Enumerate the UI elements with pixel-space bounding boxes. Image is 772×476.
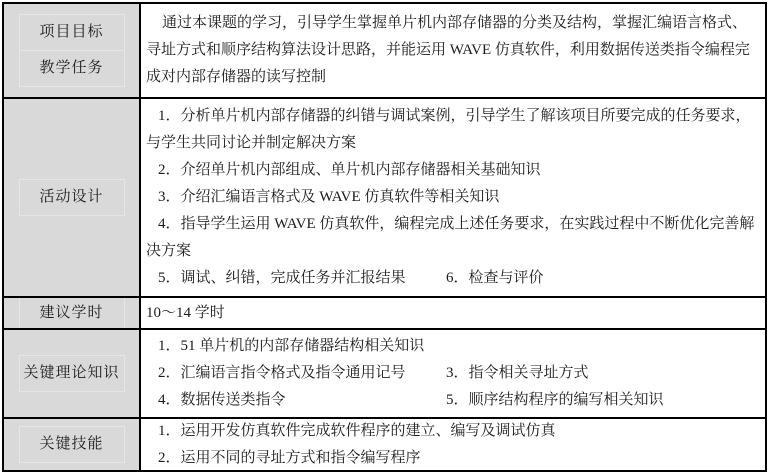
row-label: 关键技能	[19, 426, 125, 463]
content-paragraph: 1．分析单片机内部存储器的纠错与调试案例，引导学生了解该项目所要完成的任务要求，…	[146, 103, 757, 157]
row-content-cell: 1．51 单片机的内部存储器结构相关知识2．汇编语言指令格式及指令通用记号3．指…	[141, 330, 765, 417]
content-paragraph: 2．介绍单片机内部组成、单片机内部存储器相关基础知识	[146, 157, 757, 184]
row-label: 关键理论知识	[19, 355, 125, 392]
table-row-suggested-hours: 建议学时 10～14 学时	[4, 296, 765, 328]
content-paragraph: 2．汇编语言指令格式及指令通用记号3．指令相关寻址方式	[146, 360, 757, 387]
content-paragraph: 4．数据传送类指令5．顺序结构程序的编写相关知识	[146, 387, 757, 414]
table-row-key-skills: 关键技能 1．运用开发仿真软件完成软件程序的建立、编写及调试仿真2．运用不同的寻…	[4, 417, 765, 470]
row-label-cell: 建议学时	[4, 298, 141, 328]
content-column-item: 5．调试、纠错，完成任务并汇报结果	[158, 265, 446, 292]
row-content-cell: 1．分析单片机内部存储器的纠错与调试案例，引导学生了解该项目所要完成的任务要求，…	[141, 99, 765, 296]
row-label-cell: 关键技能	[4, 419, 141, 470]
row-label: 建议学时	[19, 298, 125, 328]
content-column-item: 5．顺序结构程序的编写相关知识	[446, 392, 664, 408]
row-label-cell: 活动设计	[4, 99, 141, 296]
row-label: 项目目标	[19, 14, 125, 51]
content-paragraph: 3．介绍汇编语言格式及 WAVE 仿真软件等相关知识	[146, 184, 757, 211]
content-column-item: 6．检查与评价	[446, 270, 544, 286]
content-column-item: 4．数据传送类指令	[158, 387, 446, 414]
content-column-item: 2．汇编语言指令格式及指令通用记号	[158, 360, 446, 387]
content-column-item: 3．指令相关寻址方式	[446, 365, 589, 381]
content-paragraph: 5．调试、纠错，完成任务并汇报结果6．检查与评价	[146, 265, 757, 292]
row-label: 活动设计	[19, 179, 125, 216]
content-paragraph: 通过本课题的学习，引导学生掌握单片机内部存储器的分类及结构，掌握汇编语言格式、寻…	[146, 10, 757, 91]
row-label: 教学任务	[19, 50, 125, 87]
row-label-cell: 项目目标教学任务	[4, 4, 141, 97]
content-paragraph: 1．51 单片机的内部存储器结构相关知识	[146, 333, 757, 360]
row-content-cell: 1．运用开发仿真软件完成软件程序的建立、编写及调试仿真2．运用不同的寻址方式和指…	[141, 419, 765, 470]
content-paragraph: 4．指导学生运用 WAVE 仿真软件，编程完成上述任务要求，在实践过程中不断优化…	[146, 211, 757, 265]
lesson-plan-table: 项目目标教学任务 通过本课题的学习，引导学生掌握单片机内部存储器的分类及结构，掌…	[2, 2, 767, 472]
table-row-activity-design: 活动设计 1．分析单片机内部存储器的纠错与调试案例，引导学生了解该项目所要完成的…	[4, 97, 765, 296]
content-paragraph: 10～14 学时	[146, 300, 757, 327]
table-row-key-theory: 关键理论知识 1．51 单片机的内部存储器结构相关知识2．汇编语言指令格式及指令…	[4, 328, 765, 417]
content-paragraph: 1．运用开发仿真软件完成软件程序的建立、编写及调试仿真	[146, 419, 757, 445]
row-label-cell: 关键理论知识	[4, 330, 141, 417]
row-content-cell: 通过本课题的学习，引导学生掌握单片机内部存储器的分类及结构，掌握汇编语言格式、寻…	[141, 4, 765, 97]
content-paragraph: 2．运用不同的寻址方式和指令编写程序	[146, 445, 757, 471]
row-content-cell: 10～14 学时	[141, 298, 765, 328]
table-row-project-goal: 项目目标教学任务 通过本课题的学习，引导学生掌握单片机内部存储器的分类及结构，掌…	[4, 4, 765, 97]
